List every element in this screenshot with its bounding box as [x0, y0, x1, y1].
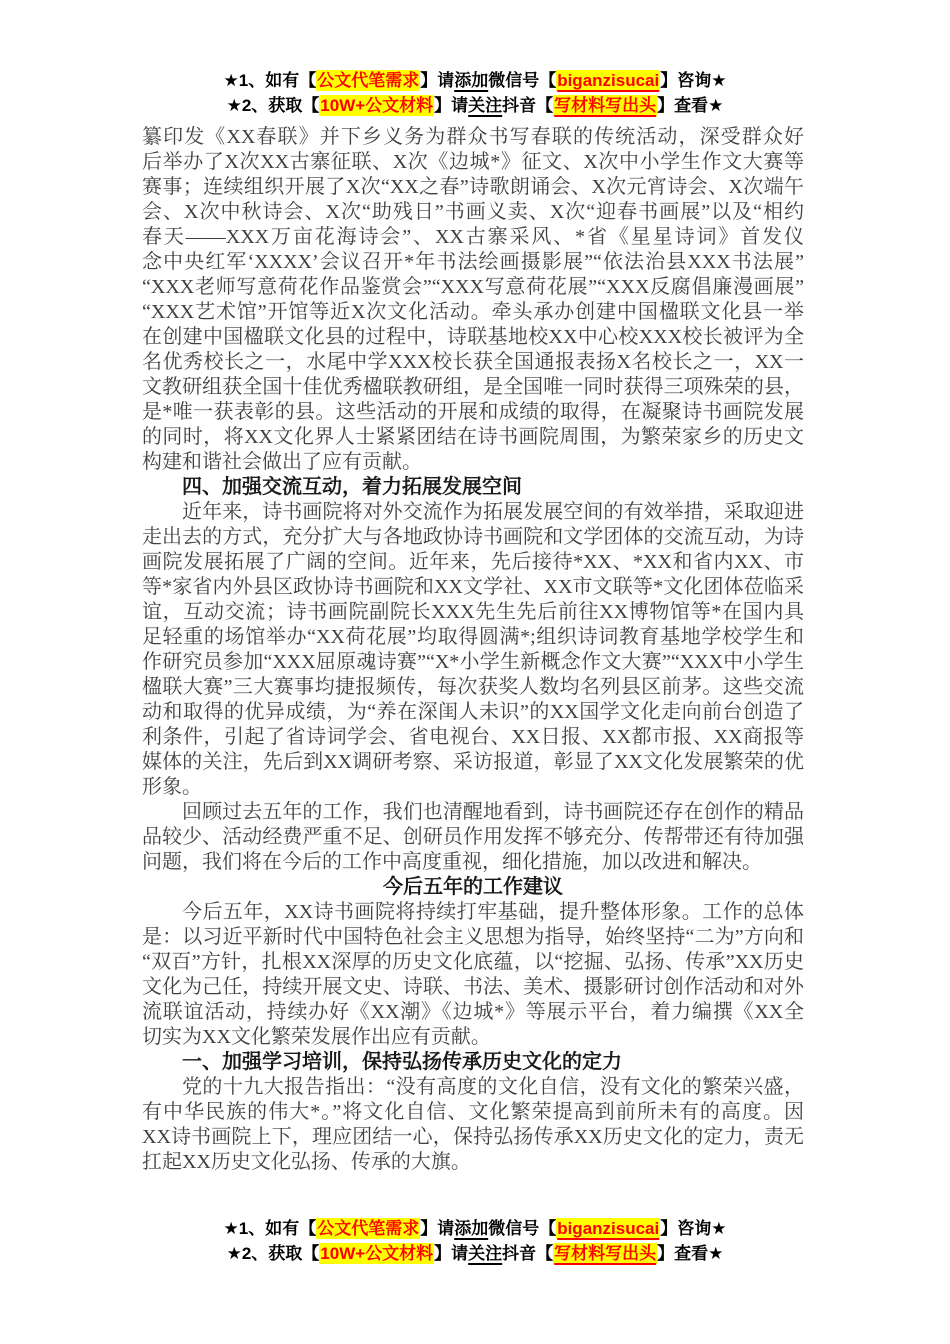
promo-line: ★1、如有【公文代笔需求】请添加微信号【biganzisucai】咨询★ [0, 1216, 950, 1241]
promo-prefix: ★2、获取【 [227, 96, 320, 115]
body-line: 是*唯一获表彰的县。这些活动的开展和成绩的取得，在凝聚诗书画院发展合力 [142, 400, 804, 425]
wechat-label: 微信号【 [488, 71, 556, 90]
centered-heading: 今后五年的工作建议 [142, 875, 804, 900]
promo-footer-banner: ★1、如有【公文代笔需求】请添加微信号【biganzisucai】咨询★★2、获… [0, 1216, 950, 1266]
body-line: 回顾过去五年的工作，我们也清醒地看到，诗书画院还存在创作的精品作 [142, 800, 804, 825]
wechat-id: biganzisucai [556, 1218, 660, 1239]
body-line: 在创建中国楹联文化县的过程中，诗联基地校XX中心校XXX校长被评为全国十 [142, 325, 804, 350]
body-line: 扛起XX历史文化弘扬、传承的大旗。 [142, 1150, 804, 1175]
wechat-id: biganzisucai [556, 70, 660, 91]
action-add: 添加 [454, 1219, 488, 1238]
wechat-label: 微信号【 [488, 1219, 556, 1238]
body-line: 画院发展拓展了广阔的空间。近年来，先后接待*XX、*XX和省内XX、市内XX [142, 550, 804, 575]
action-follow: 关注 [468, 1244, 502, 1263]
body-line: 切实为XX文化繁荣发展作出应有贡献。 [142, 1025, 804, 1050]
document-page: ★1、如有【公文代笔需求】请添加微信号【biganzisucai】咨询★★2、获… [0, 0, 950, 1344]
body-line: 等*家省内外县区政协诗书画院和XX文学社、XX市文联等*文化团体莅临采风联 [142, 575, 804, 600]
body-line: 近年来，诗书画院将对外交流作为拓展发展空间的有效举措，采取迎进来， [142, 500, 804, 525]
body-line: XX诗书画院上下，理应团结一心，保持弘扬传承XX历史文化的定力，责无旁贷 [142, 1125, 804, 1150]
body-line: “XXX老师写意荷花作品鉴赏会”“XXX写意荷花展”“XXX反腐倡廉漫画展” [142, 275, 804, 300]
promo-suffix: 】咨询★ [660, 1219, 726, 1238]
douyin-handle: 写材料写出头 [553, 1243, 657, 1264]
promo-suffix: 】查看★ [657, 1244, 723, 1263]
body-line: 纂印发《XX春联》并下乡义务为群众书写春联的传统活动，深受群众好评；先 [142, 125, 804, 150]
body-line: 楹联大赛”三大赛事均捷报频传，每次获奖人数均名列县区前茅。这些交流活 [142, 675, 804, 700]
body-line: 文教研组获全国十佳优秀楹联教研组，是全国唯一同时获得三项殊荣的县，也 [142, 375, 804, 400]
promo-prefix: ★1、如有【 [224, 1219, 317, 1238]
promo-header-banner: ★1、如有【公文代笔需求】请添加微信号【biganzisucai】咨询★★2、获… [0, 68, 950, 118]
promo-suffix: 】咨询★ [660, 71, 726, 90]
body-line: 的同时，将XX文化界人士紧紧团结在诗书画院周围，为繁荣家乡的历史文化， [142, 425, 804, 450]
keyword-gongwen-daibi: 公文代笔需求 [316, 1218, 420, 1239]
keyword-gongwen-cailiao: 10W+公文材料 [319, 1243, 434, 1264]
promo-line: ★1、如有【公文代笔需求】请添加微信号【biganzisucai】咨询★ [0, 68, 950, 93]
body-line: 赛事；连续组织开展了X次“XX之春”诗歌朗诵会、X次元宵诗会、X次端午诗 [142, 175, 804, 200]
douyin-handle: 写材料写出头 [553, 95, 657, 116]
body-line: 党的十九大报告指出：“没有高度的文化自信，没有文化的繁荣兴盛，就没 [142, 1075, 804, 1100]
douyin-label: 抖音【 [502, 1244, 553, 1263]
promo-connector: 】请 [420, 1219, 454, 1238]
promo-line: ★2、获取【10W+公文材料】请关注抖音【写材料写出头】查看★ [0, 93, 950, 118]
body-line: 形象。 [142, 775, 804, 800]
body-line: 后举办了X次XX古寨征联、X次《边城*》征文、X次中小学生作文大赛等文学 [142, 150, 804, 175]
body-line: 谊，互动交流；诗书画院副院长XXX先生先后前往XX博物馆等*在国内具有举 [142, 600, 804, 625]
promo-connector: 】请 [434, 96, 468, 115]
action-add: 添加 [454, 71, 488, 90]
body-line: 会、X次中秋诗会、X次“助残日”书画义卖、X次“迎春书画展”以及“相约 [142, 200, 804, 225]
keyword-gongwen-cailiao: 10W+公文材料 [319, 95, 434, 116]
body-line: 作研究员参加“XXX屈原魂诗赛”“X*小学生新概念作文大赛”“XXX中小学生 [142, 650, 804, 675]
section-heading: 一、加强学习培训，保持弘扬传承历史文化的定力 [142, 1050, 804, 1075]
body-line: “XXX艺术馆”开馆等近X次文化活动。牵头承办创建中国楹联文化县一举*； [142, 300, 804, 325]
body-line: “双百”方针，扎根XX深厚的历史文化底蕴，以“挖掘、弘扬、传承”XX历史 [142, 950, 804, 975]
promo-suffix: 】查看★ [657, 96, 723, 115]
body-line: 今后五年，XX诗书画院将持续打牢基础，提升整体形象。工作的总体要求 [142, 900, 804, 925]
keyword-gongwen-daibi: 公文代笔需求 [316, 70, 420, 91]
promo-prefix: ★2、获取【 [227, 1244, 320, 1263]
douyin-label: 抖音【 [502, 96, 553, 115]
body-line: 足轻重的场馆举办“XX荷花展”均取得圆满*;组织诗词教育基地学校学生和创 [142, 625, 804, 650]
action-follow: 关注 [468, 96, 502, 115]
body-line: 问题，我们将在今后的工作中高度重视，细化措施，加以改进和解决。 [142, 850, 804, 875]
promo-connector: 】请 [420, 71, 454, 90]
body-line: 动和取得的优异成绩，为“养在深闺人未识”的XX国学文化走向前台创造了有 [142, 700, 804, 725]
body-line: 媒体的关注，先后到XX调研考察、采访报道，彰显了XX文化发展繁荣的优良 [142, 750, 804, 775]
body-line: 利条件，引起了省诗词学会、省电视台、XX日报、XX都市报、XX商报等单位、 [142, 725, 804, 750]
body-line: 文化为己任，持续开展文史、诗联、书法、美术、摄影研讨创作活动和对外交 [142, 975, 804, 1000]
promo-line: ★2、获取【10W+公文材料】请关注抖音【写材料写出头】查看★ [0, 1241, 950, 1266]
body-line: 品较少、活动经费严重不足、创研员作用发挥不够充分、传帮带还有待加强等 [142, 825, 804, 850]
body-line: 构建和谐社会做出了应有贡献。 [142, 450, 804, 475]
body-line: 春天——XXX万亩花海诗会”、XX古寨采风、*省《星星诗词》首发仪式、“纪 [142, 225, 804, 250]
body-line: 走出去的方式，充分扩大与各地政协诗书画院和文学团体的交流互动，为诗书 [142, 525, 804, 550]
promo-connector: 】请 [434, 1244, 468, 1263]
body-line: 名优秀校长之一，水尾中学XXX校长获全国通报表扬X名校长之一，XX一中语 [142, 350, 804, 375]
body-line: 是：以习近平新时代中国特色社会主义思想为指导，始终坚持“二为”方向和 [142, 925, 804, 950]
body-line: 有中华民族的伟大*。”将文化自信、文化繁荣提高到前所未有的高度。因此， [142, 1100, 804, 1125]
body-line: 流联谊活动，持续办好《XX潮》《边城*》等展示平台，着力编撰《XX全书》， [142, 1000, 804, 1025]
document-body: 纂印发《XX春联》并下乡义务为群众书写春联的传统活动，深受群众好评；先后举办了X… [142, 125, 804, 1175]
promo-prefix: ★1、如有【 [224, 71, 317, 90]
section-heading: 四、加强交流互动，着力拓展发展空间 [142, 475, 804, 500]
body-line: 念中央红军‘XXXX’会议召开*年书法绘画摄影展”“依法治县XXX书法展” [142, 250, 804, 275]
